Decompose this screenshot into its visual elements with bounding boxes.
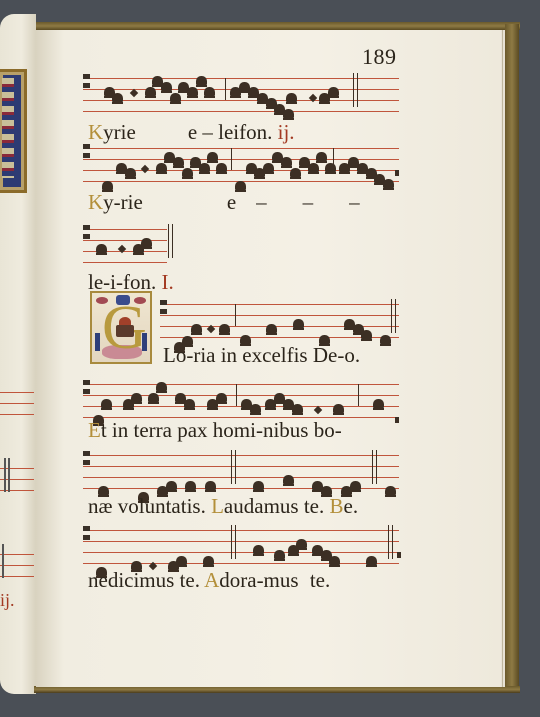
lyric-text: Lo-ria in excelfis De-o. bbox=[163, 343, 360, 367]
lyric-text: t in terra pax homi-nibus bo- bbox=[101, 418, 342, 442]
neume bbox=[253, 545, 264, 554]
neume bbox=[316, 152, 327, 161]
music-staff-1 bbox=[83, 74, 399, 108]
gold-initial: K bbox=[88, 120, 103, 144]
neume bbox=[366, 556, 377, 565]
c-clef-icon bbox=[83, 526, 90, 540]
lyric-dash: – bbox=[303, 190, 314, 214]
double-barline bbox=[231, 450, 236, 484]
lyric-text: e. bbox=[344, 494, 359, 518]
music-staff-5 bbox=[83, 380, 399, 414]
neume bbox=[203, 556, 214, 565]
neume bbox=[350, 481, 361, 490]
left-page-staff bbox=[0, 544, 34, 578]
lyric-text: te. bbox=[310, 568, 330, 592]
c-clef-icon bbox=[83, 451, 90, 465]
neume bbox=[96, 244, 107, 253]
neume bbox=[266, 324, 277, 333]
neume bbox=[333, 404, 344, 413]
double-barline bbox=[231, 525, 236, 559]
neume bbox=[145, 87, 156, 96]
neume bbox=[250, 404, 261, 413]
neume bbox=[173, 157, 184, 166]
music-staff-7 bbox=[83, 526, 399, 560]
gold-initial: E bbox=[88, 418, 101, 442]
lyric-dash: – bbox=[256, 190, 267, 214]
neume bbox=[290, 168, 301, 177]
double-barline bbox=[372, 450, 377, 484]
neume bbox=[219, 324, 230, 333]
rhombus-note bbox=[141, 165, 149, 173]
rubric-repeat-mark: ij. bbox=[278, 120, 295, 144]
neume bbox=[293, 319, 304, 328]
left-page-barline bbox=[4, 458, 6, 492]
neume bbox=[148, 393, 159, 402]
neume bbox=[286, 93, 297, 102]
lyric-text: nedicimus te. bbox=[88, 568, 200, 592]
neume bbox=[281, 157, 292, 166]
neume bbox=[216, 163, 227, 172]
neume bbox=[380, 335, 391, 344]
neume bbox=[361, 330, 372, 339]
double-barline bbox=[391, 299, 396, 333]
left-page-staff bbox=[0, 382, 34, 416]
neume bbox=[199, 163, 210, 172]
binding-bottom-edge bbox=[34, 686, 520, 693]
music-staff-3 bbox=[83, 225, 167, 259]
left-page-illumination bbox=[0, 69, 27, 193]
neume bbox=[263, 163, 274, 172]
gold-initial: A bbox=[204, 568, 219, 592]
gold-initial: B bbox=[329, 494, 343, 518]
neume bbox=[101, 399, 112, 408]
lyric-line-7: nedicimus te. Adora-mus te. bbox=[88, 568, 330, 593]
neume bbox=[184, 399, 195, 408]
neume bbox=[185, 481, 196, 490]
neume bbox=[216, 393, 227, 402]
neume bbox=[329, 556, 340, 565]
music-staff-6 bbox=[83, 451, 399, 485]
gold-initial: K bbox=[88, 190, 103, 214]
rhombus-note bbox=[314, 406, 322, 414]
double-barline bbox=[388, 525, 393, 559]
neume bbox=[182, 168, 193, 177]
left-page-barline bbox=[8, 458, 10, 492]
neume bbox=[161, 82, 172, 91]
brazier-icon bbox=[116, 325, 134, 337]
lyric-text: e bbox=[227, 190, 236, 214]
barline bbox=[333, 148, 334, 170]
lyric-text: yrie bbox=[103, 120, 136, 144]
lyric-text: e – leifon. bbox=[188, 120, 273, 144]
neume bbox=[166, 481, 177, 490]
neume bbox=[235, 181, 246, 190]
barline bbox=[236, 384, 237, 406]
neume bbox=[325, 163, 336, 172]
neume bbox=[207, 152, 218, 161]
neume bbox=[131, 393, 142, 402]
double-barline bbox=[353, 73, 358, 107]
barline bbox=[235, 304, 236, 326]
lyric-text: næ voluntatis. bbox=[88, 494, 206, 518]
neume bbox=[204, 87, 215, 96]
lyric-text: y-rie bbox=[103, 190, 143, 214]
gold-initial: L bbox=[211, 494, 224, 518]
neume bbox=[274, 550, 285, 559]
neume bbox=[102, 181, 113, 190]
double-barline bbox=[168, 224, 173, 258]
neume bbox=[205, 481, 216, 490]
neume bbox=[112, 93, 123, 102]
c-clef-icon bbox=[160, 300, 167, 314]
neume bbox=[156, 163, 167, 172]
folio-number: 189 bbox=[362, 44, 397, 70]
left-page-edge: ij. bbox=[0, 14, 36, 694]
neume bbox=[196, 76, 207, 85]
rubric-mark: I. bbox=[161, 270, 173, 294]
candlestick-ornament-icon bbox=[95, 333, 100, 351]
c-clef-icon bbox=[83, 74, 90, 88]
illuminated-initial-g: G bbox=[90, 291, 152, 364]
neume bbox=[385, 486, 396, 495]
music-staff-2 bbox=[83, 144, 399, 178]
neume bbox=[156, 382, 167, 391]
left-page-barline bbox=[2, 544, 4, 578]
custos bbox=[395, 417, 399, 423]
lyric-text: audamus te. bbox=[224, 494, 324, 518]
neume bbox=[191, 324, 202, 333]
lyric-line-6: næ voluntatis. Laudamus te. Be. bbox=[88, 494, 358, 519]
lyric-line-2: Ky-riee––– bbox=[88, 190, 360, 215]
music-staff-4 bbox=[160, 300, 399, 334]
neume bbox=[187, 87, 198, 96]
neume bbox=[308, 163, 319, 172]
neume bbox=[292, 404, 303, 413]
rhombus-note bbox=[130, 89, 138, 97]
c-clef-icon bbox=[83, 225, 90, 239]
neume bbox=[328, 87, 339, 96]
lyric-text: dora-mus bbox=[219, 568, 298, 592]
left-page-rubric: ij. bbox=[0, 590, 15, 611]
barline bbox=[358, 384, 359, 406]
lyric-line-4: Lo-ria in excelfis De-o. bbox=[163, 343, 360, 368]
barline bbox=[231, 148, 232, 170]
neume bbox=[283, 475, 294, 484]
c-clef-icon bbox=[83, 380, 90, 394]
lyric-dash: – bbox=[349, 190, 360, 214]
neume bbox=[296, 539, 307, 548]
neume bbox=[170, 93, 181, 102]
c-clef-icon bbox=[83, 144, 90, 158]
neume bbox=[373, 399, 384, 408]
custos bbox=[395, 170, 399, 176]
custos bbox=[397, 552, 401, 558]
binding-right-edge bbox=[505, 24, 519, 692]
neume bbox=[283, 109, 294, 118]
barline bbox=[225, 78, 226, 100]
neume bbox=[141, 238, 152, 247]
binding-top-edge bbox=[36, 22, 520, 30]
neume bbox=[125, 168, 136, 177]
neume bbox=[253, 481, 264, 490]
neume bbox=[383, 179, 394, 188]
lyric-line-1: Kyriee – leifon. ij. bbox=[88, 120, 295, 145]
lyric-line-5: Et in terra pax homi-nibus bo- bbox=[88, 418, 342, 443]
neume bbox=[176, 556, 187, 565]
